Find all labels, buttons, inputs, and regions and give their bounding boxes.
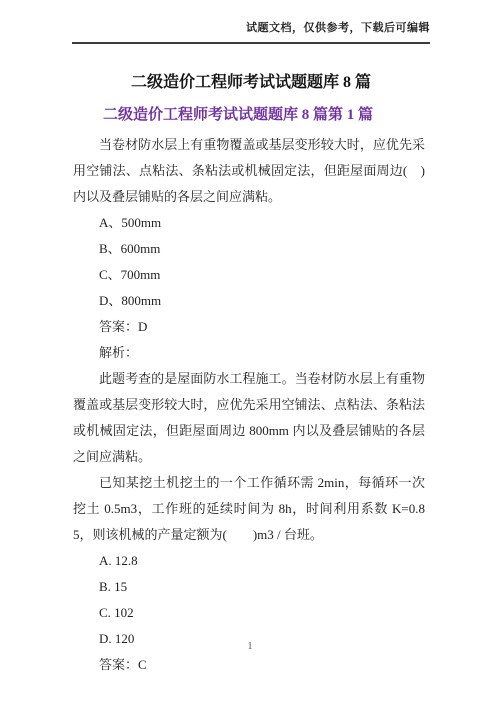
q2-option-c: C. 102 bbox=[73, 600, 425, 626]
q1-stem: 当卷材防水层上有重物覆盖或基层变形较大时，应优先采用空铺法、点粘法、条粘法或机械… bbox=[73, 132, 425, 210]
section-heading: 二级造价工程师考试试题题库 8 篇第 1 篇 bbox=[73, 103, 425, 124]
q1-answer: 答案：D bbox=[73, 314, 425, 340]
q2-option-a: A. 12.8 bbox=[73, 548, 425, 574]
q2-option-b: B. 15 bbox=[73, 574, 425, 600]
page-number: 1 bbox=[0, 641, 500, 652]
q1-option-b: B、600mm bbox=[73, 236, 425, 262]
q1-analysis: 此题考查的是屋面防水工程施工。当卷材防水层上有重物覆盖或基层变形较大时，应优先采… bbox=[73, 366, 425, 470]
q1-option-a: A、500mm bbox=[73, 210, 425, 236]
document-body: 当卷材防水层上有重物覆盖或基层变形较大时，应优先采用空铺法、点粘法、条粘法或机械… bbox=[73, 132, 425, 678]
q2-stem: 已知某挖土机挖土的一个工作循环需 2min，每循环一次挖土 0.5m3，工作班的… bbox=[73, 470, 425, 548]
document-title: 二级造价工程师考试试题题库 8 篇 bbox=[72, 69, 430, 92]
q1-option-c: C、700mm bbox=[73, 262, 425, 288]
q1-analysis-label: 解析： bbox=[73, 340, 425, 366]
q2-answer: 答案：C bbox=[73, 652, 425, 678]
page-header: 试题文档，仅供参考，下载后可编辑 bbox=[72, 0, 430, 44]
header-note: 试题文档，仅供参考，下载后可编辑 bbox=[246, 22, 430, 34]
document-page: 试题文档，仅供参考，下载后可编辑 二级造价工程师考试试题题库 8 篇 二级造价工… bbox=[0, 0, 500, 707]
q1-option-d: D、800mm bbox=[73, 288, 425, 314]
